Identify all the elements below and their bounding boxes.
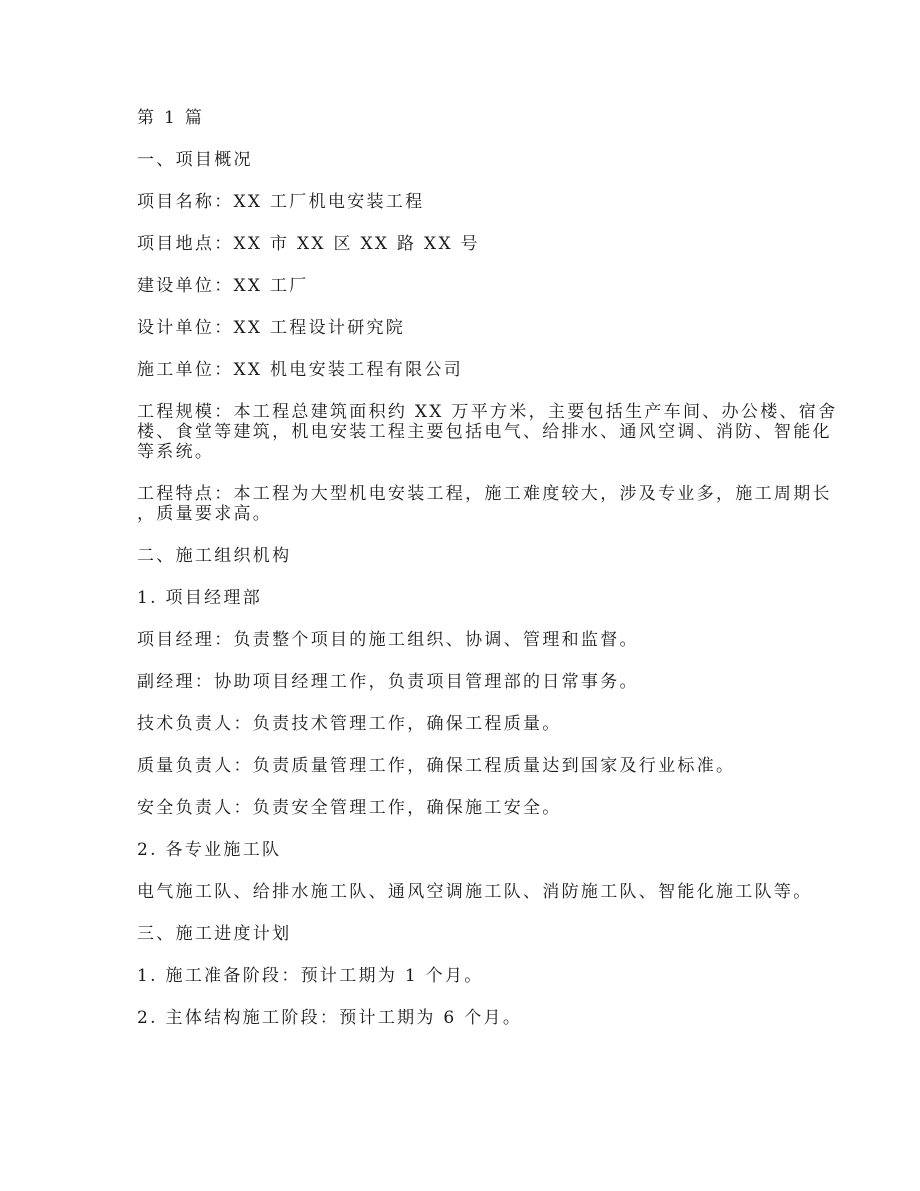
specialty-teams-list: 电气施工队、给排水施工队、通风空调施工队、消防施工队、智能化施工队等。 [137,882,797,902]
text-line: 安全负责人：负责安全管理工作，确保施工安全。 [137,798,797,818]
section-heading-organization: 二、施工组织机构 [137,546,797,566]
text-line: 一、项目概况 [137,150,797,170]
role-deputy-manager: 副经理：协助项目经理工作，负责项目管理部的日常事务。 [137,672,797,692]
text-line: 副经理：协助项目经理工作，负责项目管理部的日常事务。 [137,672,797,692]
text-line: 项目地点：XX 市 XX 区 XX 路 XX 号 [137,234,797,254]
project-scale: 工程规模：本工程总建筑面积约 XX 万平方米，主要包括生产车间、办公楼、宿舍 楼… [137,402,797,462]
section-heading-schedule: 三、施工进度计划 [137,924,797,944]
text-line: 1. 项目经理部 [137,588,797,608]
subheading-project-management: 1. 项目经理部 [137,588,797,608]
text-line: 工程规模：本工程总建筑面积约 XX 万平方米，主要包括生产车间、办公楼、宿舍 [137,402,797,422]
project-location: 项目地点：XX 市 XX 区 XX 路 XX 号 [137,234,797,254]
text-line: 二、施工组织机构 [137,546,797,566]
text-line: 建设单位：XX 工厂 [137,276,797,296]
text-line: 2. 主体结构施工阶段：预计工期为 6 个月。 [137,1008,797,1028]
role-technical-lead: 技术负责人：负责技术管理工作，确保工程质量。 [137,714,797,734]
schedule-main-structure: 2. 主体结构施工阶段：预计工期为 6 个月。 [137,1008,797,1028]
role-quality-lead: 质量负责人：负责质量管理工作，确保工程质量达到国家及行业标准。 [137,756,797,776]
project-features: 工程特点：本工程为大型机电安装工程，施工难度较大，涉及专业多，施工周期长 ，质量… [137,484,797,524]
text-line: 1. 施工准备阶段：预计工期为 1 个月。 [137,966,797,986]
text-line: 项目经理：负责整个项目的施工组织、协调、管理和监督。 [137,630,797,650]
text-line: 等系统。 [137,442,797,462]
text-line: 楼、食堂等建筑，机电安装工程主要包括电气、给排水、通风空调、消防、智能化 [137,422,797,442]
text-line: 项目名称：XX 工厂机电安装工程 [137,192,797,212]
subheading-specialty-teams: 2. 各专业施工队 [137,840,797,860]
text-line: 技术负责人：负责技术管理工作，确保工程质量。 [137,714,797,734]
text-line: 施工单位：XX 机电安装工程有限公司 [137,360,797,380]
design-unit: 设计单位：XX 工程设计研究院 [137,318,797,338]
role-safety-lead: 安全负责人：负责安全管理工作，确保施工安全。 [137,798,797,818]
text-line: 电气施工队、给排水施工队、通风空调施工队、消防施工队、智能化施工队等。 [137,882,797,902]
section-heading-overview: 一、项目概况 [137,150,797,170]
construction-unit: 施工单位：XX 机电安装工程有限公司 [137,360,797,380]
text-line: 第 1 篇 [137,108,797,128]
construction-owner: 建设单位：XX 工厂 [137,276,797,296]
role-project-manager: 项目经理：负责整个项目的施工组织、协调、管理和监督。 [137,630,797,650]
project-name: 项目名称：XX 工厂机电安装工程 [137,192,797,212]
article-number: 第 1 篇 [137,108,797,128]
document-page: 第 1 篇 一、项目概况 项目名称：XX 工厂机电安装工程 项目地点：XX 市 … [137,108,797,1050]
text-line: 三、施工进度计划 [137,924,797,944]
text-line: 设计单位：XX 工程设计研究院 [137,318,797,338]
text-line: 2. 各专业施工队 [137,840,797,860]
text-line: 工程特点：本工程为大型机电安装工程，施工难度较大，涉及专业多，施工周期长 [137,484,797,504]
text-line: ，质量要求高。 [137,504,797,524]
schedule-preparation: 1. 施工准备阶段：预计工期为 1 个月。 [137,966,797,986]
text-line: 质量负责人：负责质量管理工作，确保工程质量达到国家及行业标准。 [137,756,797,776]
